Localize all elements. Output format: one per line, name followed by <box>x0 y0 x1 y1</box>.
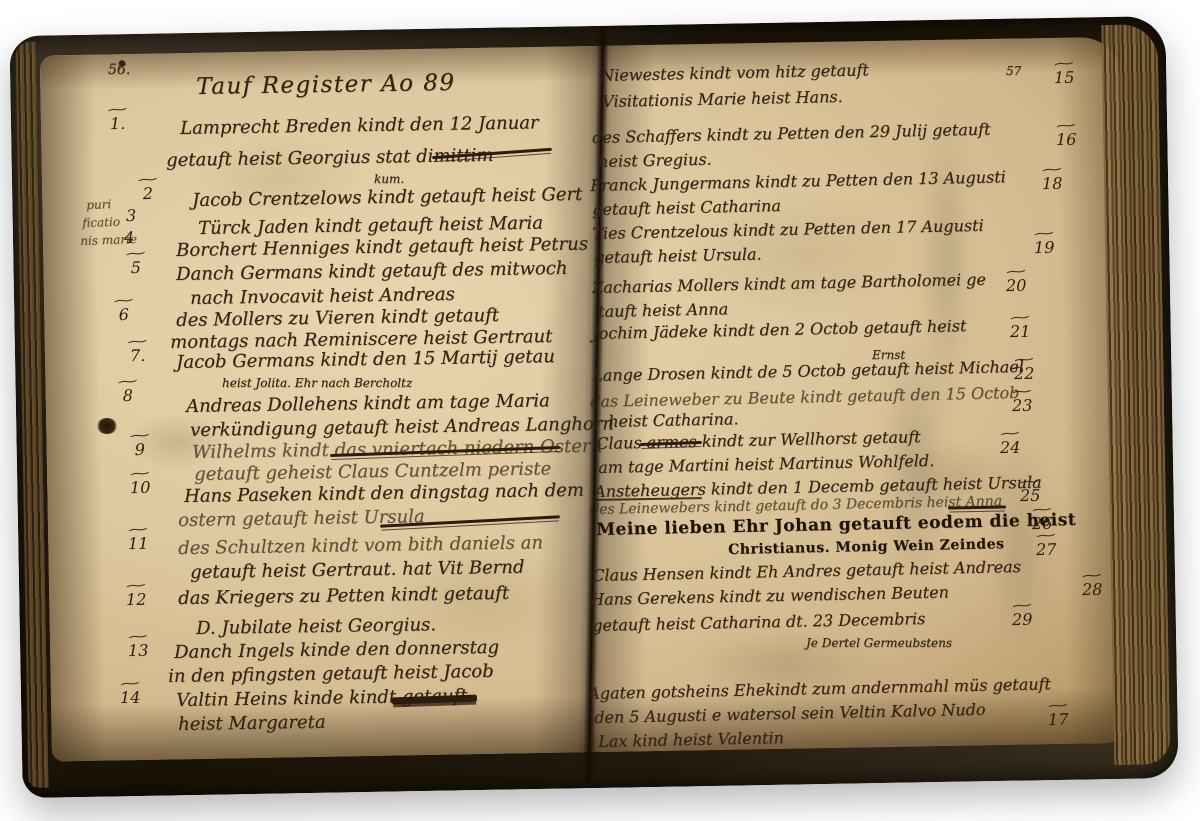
flourish-icon: ~ <box>126 431 153 441</box>
entry-line: getauft heist Ursula. <box>594 244 762 267</box>
flourish-icon: ~ <box>110 296 137 306</box>
entry-number: ~7. <box>130 338 146 365</box>
entry-line: nach Invocavit heist Andreas <box>190 284 455 309</box>
entry-line: tauft heist Anna <box>598 299 728 321</box>
page-edge-streaks-right <box>1101 24 1170 765</box>
entry-number: 4 <box>124 228 135 247</box>
entry-number: ~27 <box>1036 532 1057 559</box>
flourish-icon: ~ <box>114 377 141 387</box>
entry-number: ~24 <box>1000 430 1021 457</box>
flourish-icon: ~ <box>100 105 134 115</box>
entry-number: ~18 <box>1042 166 1063 193</box>
entry-line: heist Catharina. <box>608 409 739 431</box>
entry-number: ~8 <box>122 378 134 405</box>
entry-number: ~21 <box>1010 314 1031 341</box>
page-number-left: 56. <box>108 62 130 78</box>
margin-note-line: puri <box>86 197 111 212</box>
flourish-icon: ~ <box>134 175 161 185</box>
entry-line: heist Jolita. Ehr nach Bercholtz <box>222 376 412 390</box>
entry-number: ~16 <box>1056 122 1077 149</box>
entry-number: 3 <box>126 206 137 225</box>
register-header: Tauf Register Ao 89 <box>196 70 456 100</box>
entry-number: ~14 <box>120 680 141 707</box>
entry-number: ~20 <box>1006 268 1027 295</box>
entry-line: heist Gregius. <box>598 150 712 171</box>
entry-line: D. Jubilate heist Georgius. <box>196 614 436 639</box>
entry-number: ~13 <box>128 633 149 660</box>
entry-number: ~15 <box>1054 60 1075 87</box>
entry-line: Je Dertel Germeubstens <box>806 636 952 650</box>
entry-number: ~1. <box>110 106 126 133</box>
margin-note-line: ficatio <box>82 215 120 230</box>
entry-number: ~11 <box>128 526 149 553</box>
entry-number: ~2 <box>142 176 154 203</box>
entry-number: ~17 <box>1048 702 1069 729</box>
entry-number: ~19 <box>1034 230 1055 257</box>
entry-line: getauft heist Catharina <box>592 196 781 219</box>
entry-number: ~29 <box>1012 602 1033 629</box>
flourish-icon: ~ <box>120 337 154 347</box>
flourish-icon: ~ <box>122 249 149 259</box>
entry-number: ~6 <box>118 297 130 324</box>
ink-blot <box>96 418 118 434</box>
page-number-right: 57 <box>1006 64 1021 78</box>
entry-line: kum. <box>374 172 404 186</box>
manuscript-photo: { "icons": { "flourish": "~" }, "colors"… <box>0 0 1200 821</box>
entry-number: ~12 <box>126 582 147 609</box>
entry-number: ~5 <box>130 250 142 277</box>
entry-line: Lax kind heist Valentin <box>598 728 784 751</box>
entry-line: heist Margareta <box>178 712 326 735</box>
entry-number: ~9 <box>134 432 146 459</box>
entry-number: ~28 <box>1082 572 1103 599</box>
entry-number: ~10 <box>130 470 151 497</box>
